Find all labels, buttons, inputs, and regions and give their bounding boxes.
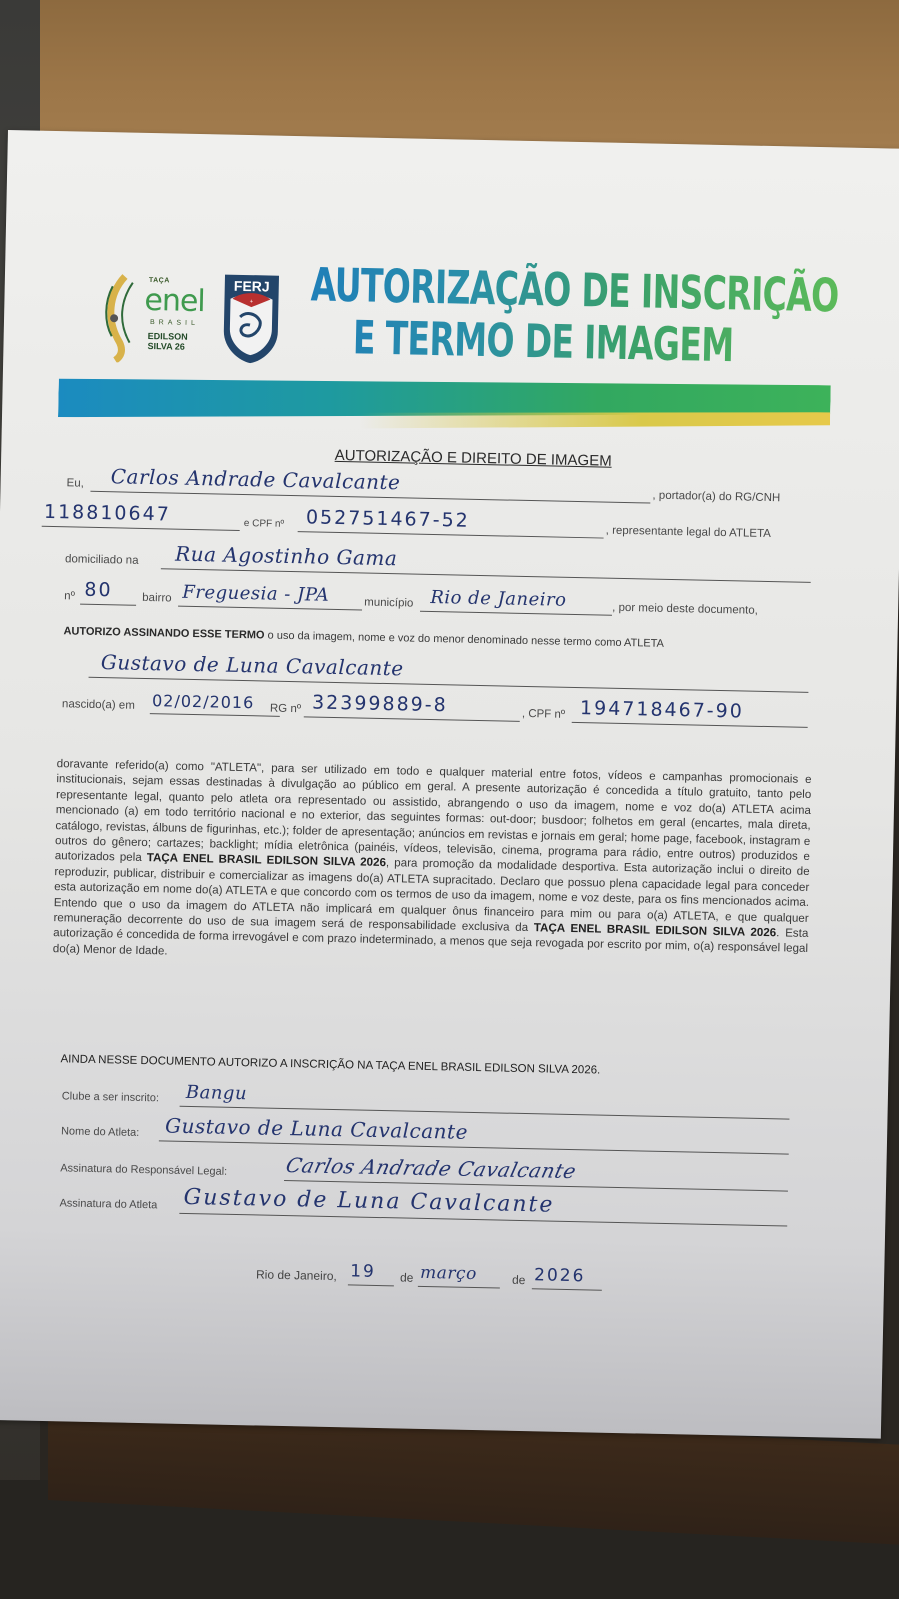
clube-field[interactable]: Bangu bbox=[180, 1078, 790, 1120]
endereco-value: Rua Agostinho Gama bbox=[175, 542, 398, 571]
assinatura-atleta-label: Assinatura do Atleta bbox=[59, 1197, 157, 1211]
city-label: Rio de Janeiro, bbox=[256, 1267, 337, 1283]
portador-label: , portador(a) do RG/CNH bbox=[652, 490, 780, 505]
taca-enel-logo: TAÇA enel BRASIL EDILSON SILVA 26 bbox=[101, 272, 213, 364]
cpf-atleta-field[interactable]: 194718467-90 bbox=[572, 694, 809, 728]
assinatura-responsavel-label: Assinatura do Responsável Legal: bbox=[60, 1162, 227, 1177]
terms-paragraph: doravante referido(a) como "ATLETA", par… bbox=[53, 756, 812, 972]
rg-value: 118810647 bbox=[44, 501, 171, 526]
swirl-icon bbox=[101, 272, 143, 363]
terms-text-2: , para promoção da modalidade desportiva… bbox=[53, 857, 809, 935]
terms-text-1: doravante referido(a) como "ATLETA", par… bbox=[55, 757, 812, 864]
autorizo-bold: AUTORIZO ASSINANDO ESSE TERMO bbox=[63, 625, 264, 641]
ferj-shield-icon: + FERJ bbox=[221, 273, 281, 366]
cpf-atleta-label: , CPF nº bbox=[522, 708, 565, 721]
municipio-field[interactable]: Rio de Janeiro bbox=[420, 583, 613, 616]
day-value: 19 bbox=[350, 1261, 376, 1282]
rg-atleta-field[interactable]: 32399889-8 bbox=[304, 688, 521, 722]
atleta-name-value: Gustavo de Luna Cavalcante bbox=[101, 650, 404, 680]
nascimento-field[interactable]: 02/02/2016 bbox=[150, 685, 281, 717]
logo-name-line2: SILVA 26 bbox=[147, 341, 185, 352]
bairro-label: bairro bbox=[142, 592, 172, 605]
clube-label: Clube a ser inscrito: bbox=[62, 1090, 159, 1104]
autorizo-rest: o uso da imagem, nome e voz do menor den… bbox=[264, 629, 664, 649]
nascido-label: nascido(a) em bbox=[62, 698, 135, 712]
rg-field[interactable]: 118810647 bbox=[42, 498, 241, 531]
document-sheet: TAÇA enel BRASIL EDILSON SILVA 26 + FERJ… bbox=[0, 130, 899, 1439]
autorizo-text: AUTORIZO ASSINANDO ESSE TERMO o uso da i… bbox=[63, 625, 664, 650]
ferj-logo: + FERJ bbox=[221, 273, 281, 366]
rg-atleta-label: RG nº bbox=[270, 703, 301, 716]
de-label-2: de bbox=[512, 1273, 526, 1287]
bairro-value: Freguesia - JPA bbox=[182, 582, 329, 606]
month-value: março bbox=[420, 1263, 477, 1284]
endereco-field[interactable]: Rua Agostinho Gama bbox=[161, 540, 811, 583]
day-field[interactable]: 19 bbox=[348, 1256, 395, 1286]
responsavel-name-value: Carlos Andrade Cavalcante bbox=[111, 464, 401, 494]
representante-label: , representante legal do ATLETA bbox=[606, 525, 771, 540]
cpf-field[interactable]: 052751467-52 bbox=[298, 503, 605, 538]
ferj-text: FERJ bbox=[234, 278, 270, 295]
nome-atleta-label: Nome do Atleta: bbox=[61, 1125, 140, 1139]
assinatura-responsavel-field[interactable]: Carlos Andrade Cavalcante bbox=[284, 1152, 788, 1192]
year-value: 2026 bbox=[534, 1265, 586, 1286]
document-header: TAÇA enel BRASIL EDILSON SILVA 26 + FERJ… bbox=[60, 241, 834, 437]
year-field[interactable]: 2026 bbox=[532, 1260, 603, 1290]
logo-edilson-text: EDILSON SILVA 26 bbox=[147, 331, 187, 352]
municipio-label: município bbox=[364, 597, 413, 610]
numero-field[interactable]: 80 bbox=[80, 576, 137, 606]
inscricao-title: AINDA NESSE DOCUMENTO AUTORIZO A INSCRIÇ… bbox=[60, 1053, 600, 1076]
numero-label: nº bbox=[64, 590, 75, 602]
rg-atleta-value: 32399889-8 bbox=[312, 691, 448, 716]
domiciliado-label: domiciliado na bbox=[65, 553, 139, 567]
assinatura-responsavel-value: Carlos Andrade Cavalcante bbox=[284, 1153, 579, 1183]
cpf-label: e CPF nº bbox=[244, 518, 285, 530]
numero-value: 80 bbox=[84, 579, 113, 602]
month-field[interactable]: março bbox=[418, 1258, 501, 1289]
eu-label: Eu, bbox=[66, 477, 84, 489]
form-body: AUTORIZAÇÃO E DIREITO DE IMAGEM Eu, Carl… bbox=[63, 441, 823, 474]
clube-value: Bangu bbox=[186, 1082, 248, 1104]
page-title: AUTORIZAÇÃO DE INSCRIÇÃO E TERMO DE IMAG… bbox=[309, 258, 839, 373]
logo-brasil-text: BRASIL bbox=[150, 319, 199, 327]
assinatura-atleta-value: Gustavo de Luna Cavalcante bbox=[183, 1185, 554, 1218]
cpf-atleta-value: 194718467-90 bbox=[580, 697, 744, 722]
municipio-value: Rio de Janeiro bbox=[430, 587, 567, 611]
responsavel-name-field[interactable]: Carlos Andrade Cavalcante bbox=[90, 463, 650, 504]
logo-enel-text: enel bbox=[144, 283, 205, 319]
date-line: Rio de Janeiro, 19 de março de 2026 bbox=[256, 1255, 657, 1293]
nascimento-value: 02/02/2016 bbox=[152, 691, 255, 712]
de-label-1: de bbox=[400, 1270, 414, 1284]
bairro-field[interactable]: Freguesia - JPA bbox=[178, 578, 363, 611]
svg-text:+: + bbox=[250, 299, 254, 305]
nome-atleta-value: Gustavo de Luna Cavalcante bbox=[165, 1114, 468, 1144]
cpf-value: 052751467-52 bbox=[306, 506, 470, 531]
por-meio-label: , por meio deste documento, bbox=[612, 602, 758, 617]
